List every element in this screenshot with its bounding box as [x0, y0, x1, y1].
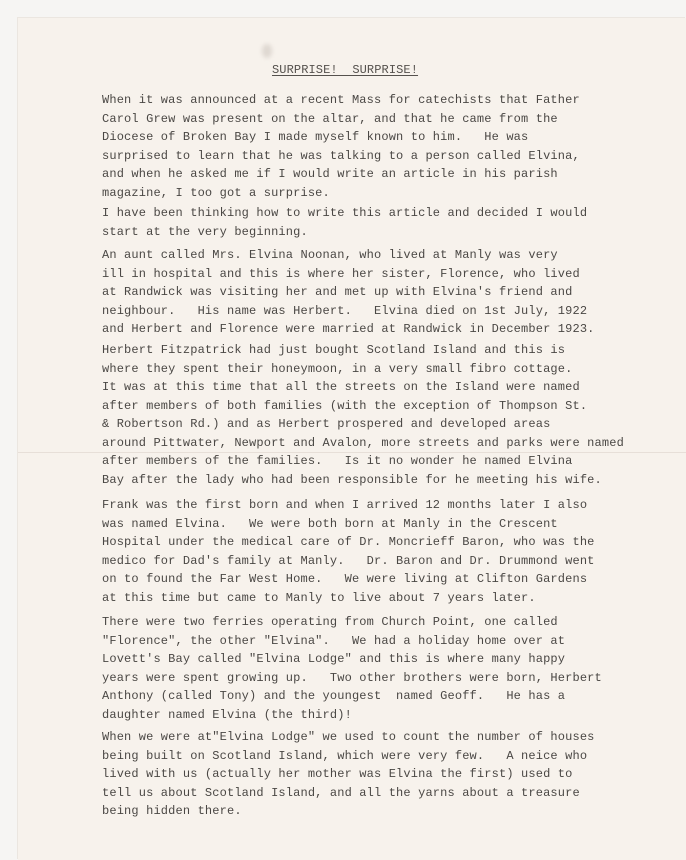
text-line: years were spent growing up. Two other b…: [102, 669, 602, 688]
text-line: and when he asked me if I would write an…: [102, 165, 580, 184]
text-line: being hidden there.: [102, 802, 595, 821]
text-line: where they spent their honeymoon, in a v…: [102, 360, 624, 379]
text-line: after members of both families (with the…: [102, 397, 624, 416]
text-line: "Florence", the other "Elvina". We had a…: [102, 632, 602, 651]
text-line: ill in hospital and this is where her si…: [102, 265, 595, 284]
text-line: I have been thinking how to write this a…: [102, 204, 587, 223]
paragraph-7: When we were at"Elvina Lodge" we used to…: [102, 728, 595, 821]
text-line: at this time but came to Manly to live a…: [102, 589, 595, 608]
text-line: and Herbert and Florence were married at…: [102, 320, 595, 339]
text-line: When we were at"Elvina Lodge" we used to…: [102, 728, 595, 747]
text-line: & Robertson Rd.) and as Herbert prospere…: [102, 415, 624, 434]
text-line: It was at this time that all the streets…: [102, 378, 624, 397]
text-line: at Randwick was visiting her and met up …: [102, 283, 595, 302]
text-line: daughter named Elvina (the third)!: [102, 706, 602, 725]
text-line: medico for Dad's family at Manly. Dr. Ba…: [102, 552, 595, 571]
text-line: Herbert Fitzpatrick had just bought Scot…: [102, 341, 624, 360]
text-line: Lovett's Bay called "Elvina Lodge" and t…: [102, 650, 602, 669]
text-line: Carol Grew was present on the altar, and…: [102, 110, 580, 129]
text-line: There were two ferries operating from Ch…: [102, 613, 602, 632]
text-line: magazine, I too got a surprise.: [102, 184, 580, 203]
text-line: neighbour. His name was Herbert. Elvina …: [102, 302, 595, 321]
text-line: surprised to learn that he was talking t…: [102, 147, 580, 166]
text-line: was named Elvina. We were both born at M…: [102, 515, 595, 534]
text-line: Frank was the first born and when I arri…: [102, 496, 595, 515]
text-line: An aunt called Mrs. Elvina Noonan, who l…: [102, 246, 595, 265]
text-line: on to found the Far West Home. We were l…: [102, 570, 595, 589]
paragraph-4: Herbert Fitzpatrick had just bought Scot…: [102, 341, 624, 489]
paragraph-2: I have been thinking how to write this a…: [102, 204, 587, 241]
text-line: being built on Scotland Island, which we…: [102, 747, 595, 766]
paper-smudge: [262, 44, 272, 58]
paragraph-5: Frank was the first born and when I arri…: [102, 496, 595, 607]
paragraph-1: When it was announced at a recent Mass f…: [102, 91, 580, 202]
text-line: after members of the families. Is it no …: [102, 452, 624, 471]
text-line: Hospital under the medical care of Dr. M…: [102, 533, 595, 552]
text-line: Diocese of Broken Bay I made myself know…: [102, 128, 580, 147]
paragraph-3: An aunt called Mrs. Elvina Noonan, who l…: [102, 246, 595, 339]
text-line: When it was announced at a recent Mass f…: [102, 91, 580, 110]
text-line: tell us about Scotland Island, and all t…: [102, 784, 595, 803]
text-line: start at the very beginning.: [102, 223, 587, 242]
text-line: Anthony (called Tony) and the youngest n…: [102, 687, 602, 706]
document-title: SURPRISE! SURPRISE!: [272, 63, 418, 77]
text-line: around Pittwater, Newport and Avalon, mo…: [102, 434, 624, 453]
paragraph-6: There were two ferries operating from Ch…: [102, 613, 602, 724]
text-line: lived with us (actually her mother was E…: [102, 765, 595, 784]
text-line: Bay after the lady who had been responsi…: [102, 471, 624, 490]
